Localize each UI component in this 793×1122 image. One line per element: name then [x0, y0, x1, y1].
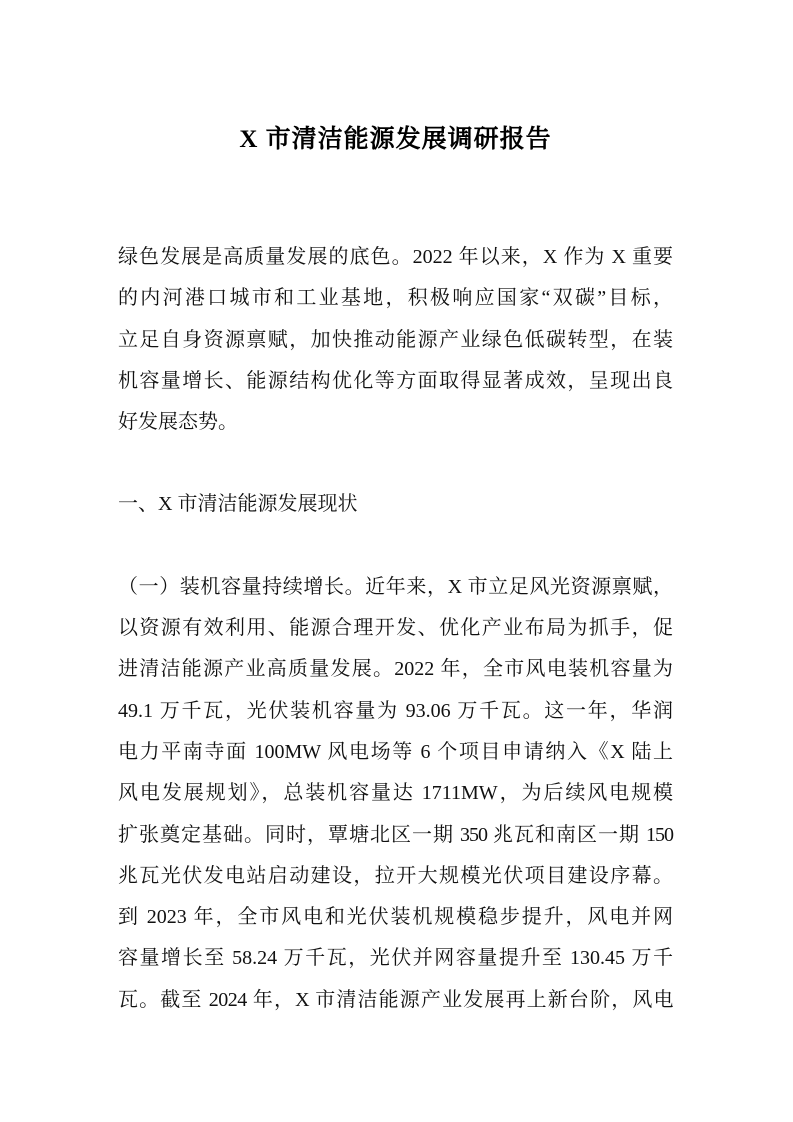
document-title: X 市清洁能源发展调研报告	[118, 0, 673, 163]
text-line: 电力平南寺面 100MW 风电场等 6 个项目申请纳入《X 陆上	[118, 732, 673, 773]
paragraph: （一）装机容量持续增长。近年来，X 市立足风光资源禀赋，以资源有效利用、能源合理…	[118, 567, 673, 1021]
document-page: X 市清洁能源发展调研报告 绿色发展是高质量发展的底色。2022 年以来，X 作…	[0, 0, 793, 1122]
text-line: 到 2023 年，全市风电和光伏装机规模稳步提升，风电并网	[118, 897, 673, 938]
text-line: 容量增长至 58.24 万千瓦，光伏并网容量提升至 130.45 万千	[118, 938, 673, 979]
text-line: 兆瓦光伏发电站启动建设，拉开大规模光伏项目建设序幕。	[118, 856, 673, 897]
text-line: 49.1 万千瓦，光伏装机容量为 93.06 万千瓦。这一年，华润	[118, 691, 673, 732]
text-line: 立足自身资源禀赋，加快推动能源产业绿色低碳转型，在装	[118, 320, 673, 361]
text-line: 绿色发展是高质量发展的底色。2022 年以来，X 作为 X 重要	[118, 237, 673, 278]
document-content: X 市清洁能源发展调研报告 绿色发展是高质量发展的底色。2022 年以来，X 作…	[0, 0, 793, 1021]
text-line: 风电发展规划》，总装机容量达 1711MW，为后续风电规模	[118, 773, 673, 814]
text-line: 机容量增长、能源结构优化等方面取得显著成效，呈现出良	[118, 361, 673, 402]
text-line: 进清洁能源产业高质量发展。2022 年，全市风电装机容量为	[118, 649, 673, 690]
paragraph: 绿色发展是高质量发展的底色。2022 年以来，X 作为 X 重要的内河港口城市和…	[118, 237, 673, 443]
section-heading: 一、X 市清洁能源发展现状	[118, 484, 673, 525]
text-line: （一）装机容量持续增长。近年来，X 市立足风光资源禀赋，	[118, 567, 673, 608]
text-line: 以资源有效利用、能源合理开发、优化产业布局为抓手，促	[118, 608, 673, 649]
text-line: 的内河港口城市和工业基地，积极响应国家“双碳”目标，	[118, 278, 673, 319]
text-line: 瓦。截至 2024 年，X 市清洁能源产业发展再上新台阶，风电	[118, 980, 673, 1021]
text-line: 好发展态势。	[118, 402, 673, 443]
document-body: 绿色发展是高质量发展的底色。2022 年以来，X 作为 X 重要的内河港口城市和…	[118, 237, 673, 1021]
text-line: 扩张奠定基础。同时，覃塘北区一期 350 兆瓦和南区一期 150	[118, 815, 673, 856]
